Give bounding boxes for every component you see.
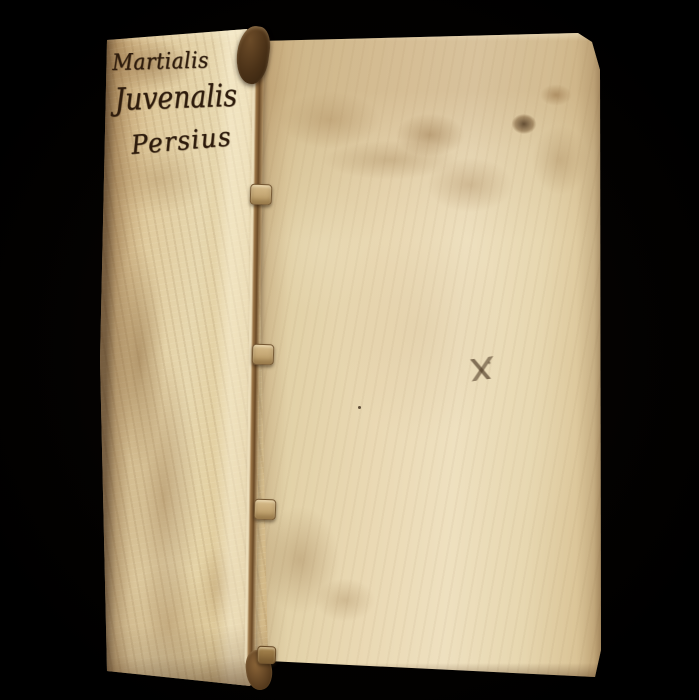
spine-title-martialis: Martialis: [112, 48, 209, 76]
book-photo: Martialis Juvenalis Persius: [0, 0, 699, 700]
vellum-tie: [250, 184, 273, 206]
vellum-tie: [254, 499, 277, 521]
vellum-tie: [252, 344, 275, 366]
book-front-cover: [254, 31, 604, 679]
ink-doodle-mark: [465, 356, 498, 382]
ink-dot-mark: [358, 406, 361, 409]
vellum-tie: [257, 646, 277, 665]
spine-title-juvenalis: Juvenalis: [114, 78, 238, 118]
